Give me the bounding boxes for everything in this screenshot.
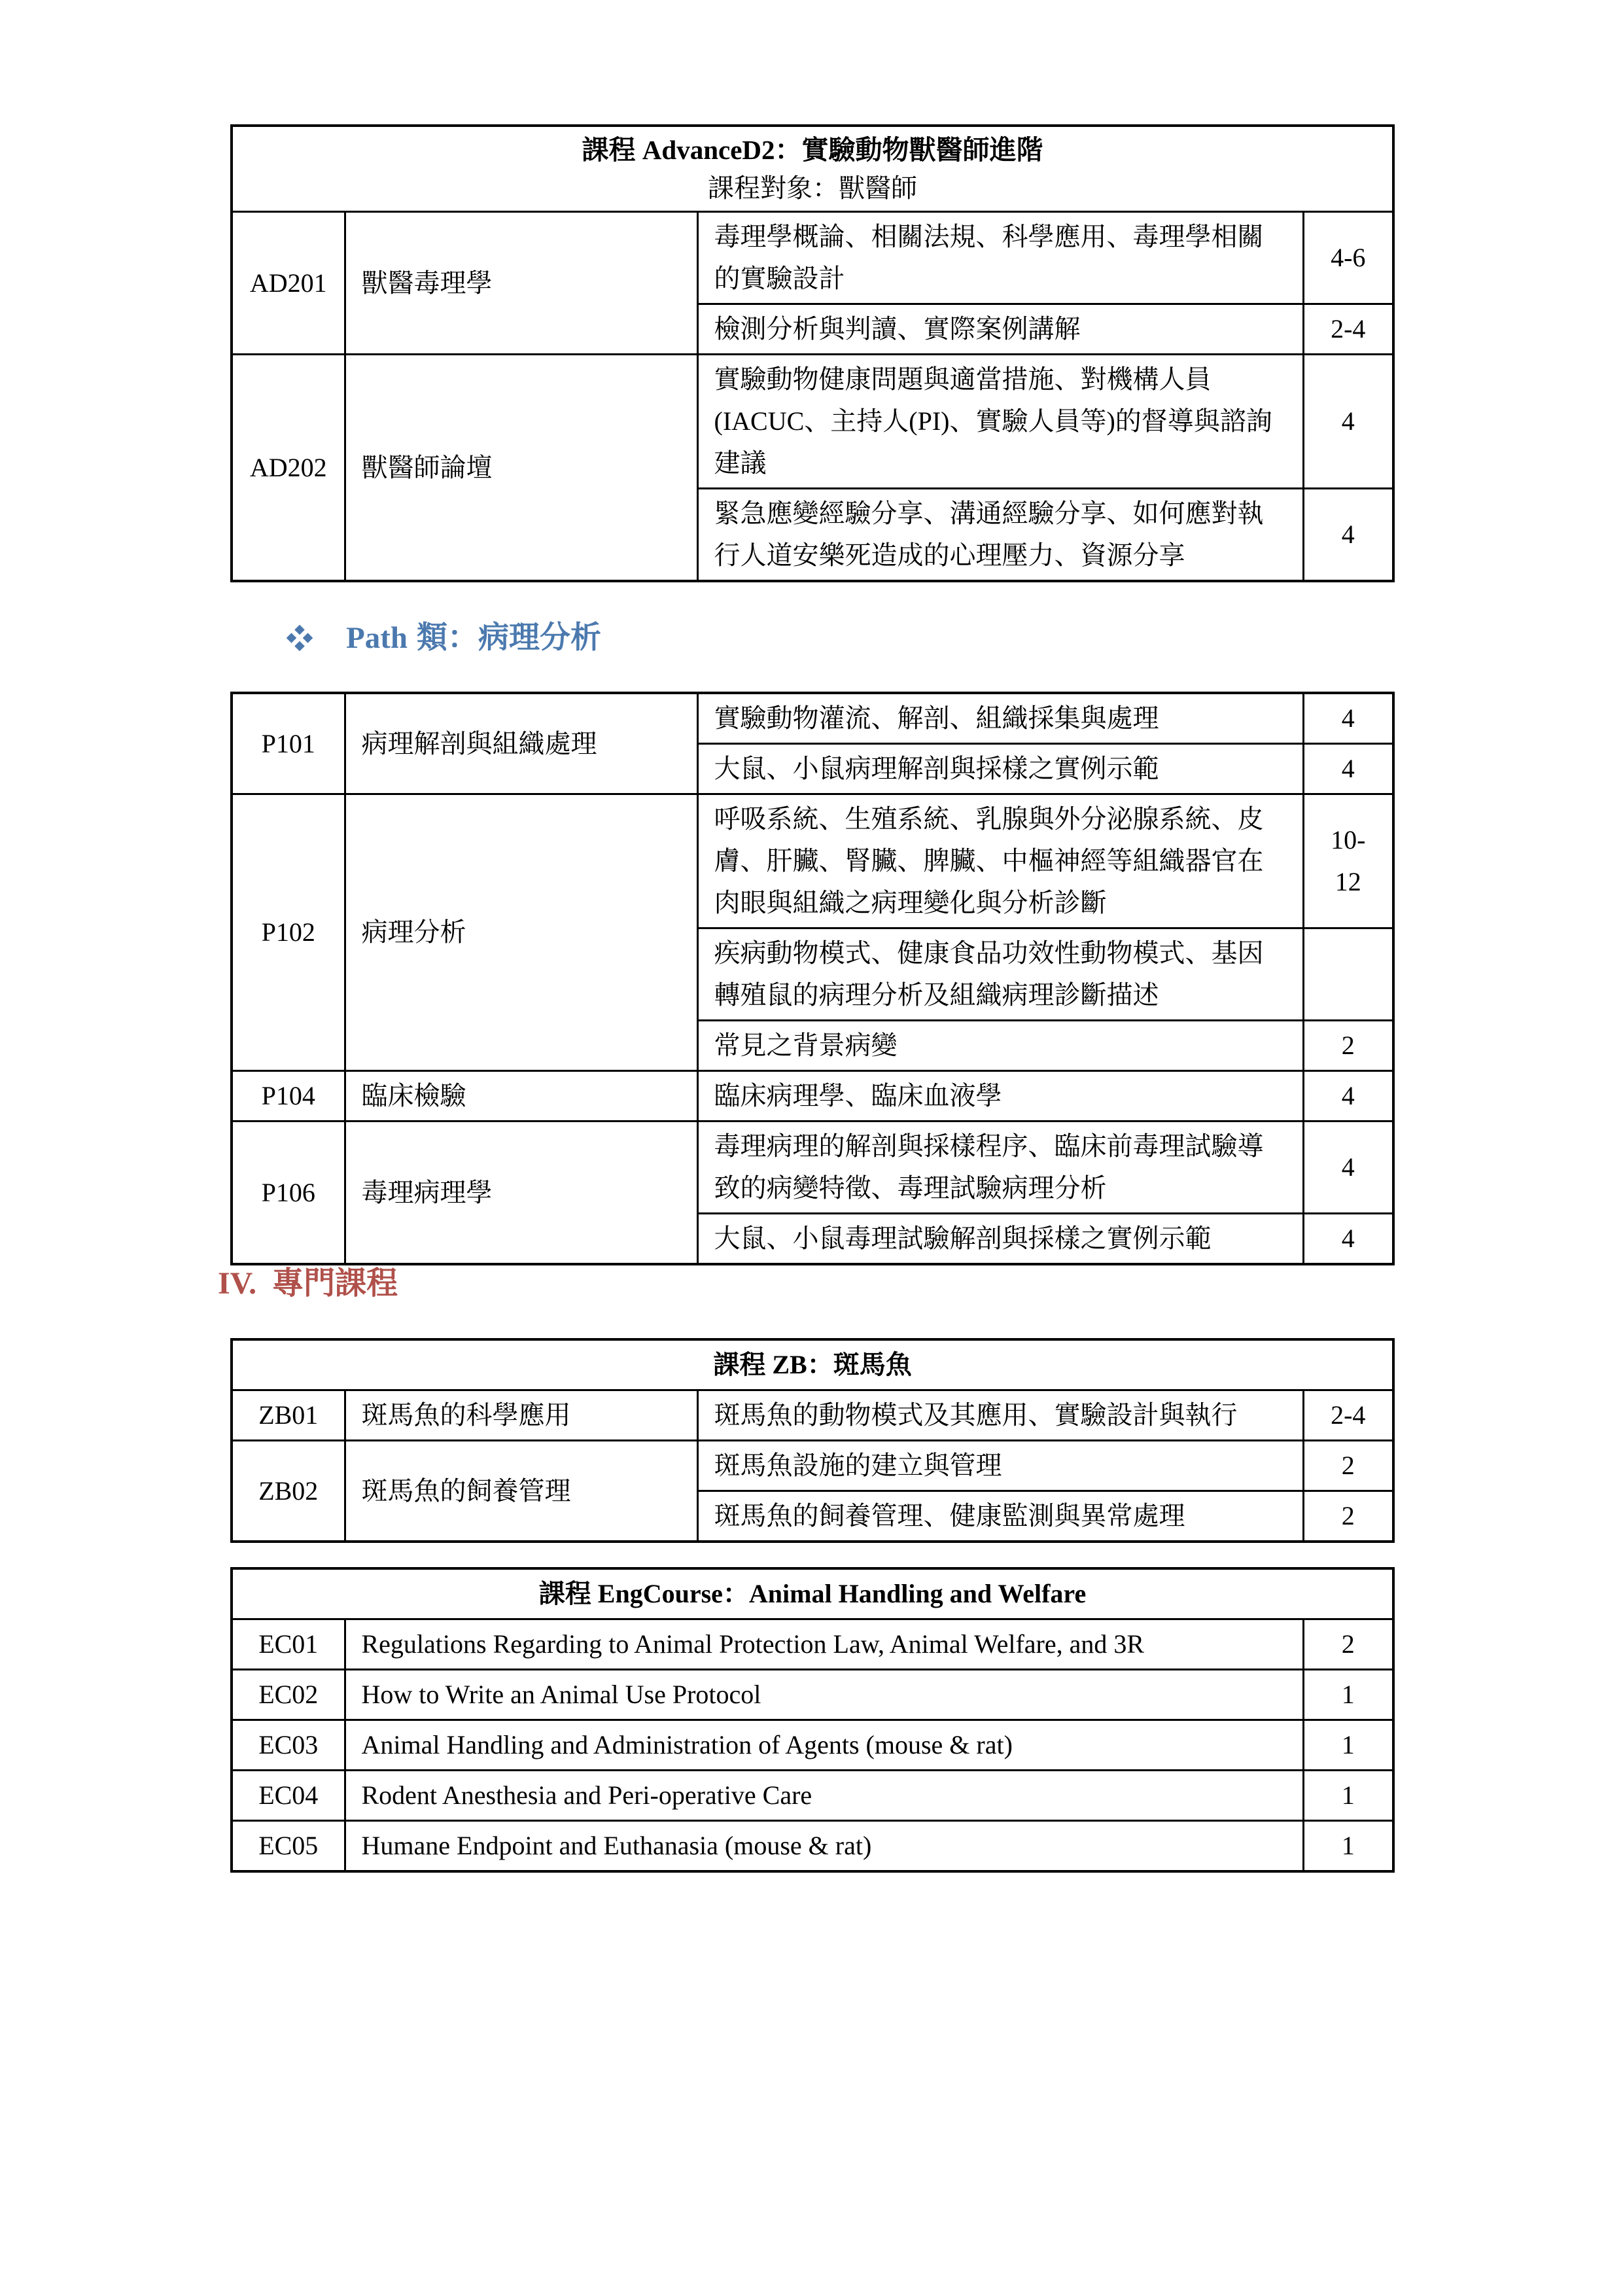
table-row: P104 臨床檢驗 臨床病理學、臨床血液學 4 — [232, 1071, 1393, 1122]
heading-path-zh: 類：病理分析 — [417, 615, 601, 661]
hours-cell: 4 — [1303, 355, 1393, 489]
section-heading-special: IV.專門課程 — [218, 1260, 398, 1307]
heading-special-label: 專門課程 — [272, 1266, 398, 1301]
course-name: 病理分析 — [345, 794, 697, 1071]
table-row: AD201 獸醫毒理學 毒理學概論、相關法規、科學應用、毒理學相關的實驗設計 4… — [232, 212, 1393, 304]
hours-cell: 4 — [1303, 1122, 1393, 1214]
topic-cell: 實驗動物健康問題與適當措施、對機構人員(IACUC、主持人(PI)、實驗人員等)… — [697, 355, 1303, 489]
topic-cell: 毒理學概論、相關法規、科學應用、毒理學相關的實驗設計 — [697, 212, 1303, 304]
course-code: EC04 — [232, 1771, 345, 1821]
hours-cell: 2 — [1303, 1491, 1393, 1542]
hours-cell: 4 — [1303, 1071, 1393, 1122]
table-row: EC03 Animal Handling and Administration … — [232, 1720, 1393, 1771]
hours-cell: 4 — [1303, 693, 1393, 744]
hours-cell: 4 — [1303, 1214, 1393, 1265]
course-name: 斑馬魚的飼養管理 — [345, 1441, 697, 1542]
course-code: ZB02 — [232, 1441, 345, 1542]
topic-cell: 緊急應變經驗分享、溝通經驗分享、如何應對執行人道安樂死造成的心理壓力、資源分享 — [697, 489, 1303, 582]
topic-cell: 斑馬魚的飼養管理、健康監測與異常處理 — [697, 1491, 1303, 1542]
course-name: 毒理病理學 — [345, 1122, 697, 1265]
topic-cell: 斑馬魚的動物模式及其應用、實驗設計與執行 — [697, 1390, 1303, 1441]
course-code: EC02 — [232, 1670, 345, 1720]
table-row: P102 病理分析 呼吸系統、生殖系統、乳腺與外分泌腺系統、皮膚、肝臟、腎臟、脾… — [232, 794, 1393, 928]
course-title-cell: How to Write an Animal Use Protocol — [345, 1670, 1303, 1720]
hours-cell: 2 — [1303, 1441, 1393, 1491]
table-subtitle: 課程對象：獸醫師 — [249, 169, 1376, 207]
course-name: 病理解剖與組織處理 — [345, 693, 697, 794]
topic-cell: 疾病動物模式、健康食品功效性動物模式、基因轉殖鼠的病理分析及組織病理診斷描述 — [697, 928, 1303, 1021]
table-row: ZB02 斑馬魚的飼養管理 斑馬魚設施的建立與管理 2 — [232, 1441, 1393, 1491]
heading-path-en: Path — [346, 615, 408, 661]
table-row: P101 病理解剖與組織處理 實驗動物灌流、解剖、組織採集與處理 4 — [232, 693, 1393, 744]
hours-cell: 10-12 — [1303, 794, 1393, 928]
table-row: EC04 Rodent Anesthesia and Peri-operativ… — [232, 1771, 1393, 1821]
hours-cell: 2-4 — [1303, 304, 1393, 355]
topic-cell: 常見之背景病變 — [697, 1021, 1303, 1071]
course-name: 斑馬魚的科學應用 — [345, 1390, 697, 1441]
course-code: P101 — [232, 693, 345, 794]
course-code: AD201 — [232, 212, 345, 355]
topic-cell: 呼吸系統、生殖系統、乳腺與外分泌腺系統、皮膚、肝臟、腎臟、脾臟、中樞神經等組織器… — [697, 794, 1303, 928]
topic-cell: 檢測分析與判讀、實際案例講解 — [697, 304, 1303, 355]
hours-cell: 4 — [1303, 744, 1393, 794]
hours-cell: 4 — [1303, 489, 1393, 582]
topic-cell: 大鼠、小鼠毒理試驗解剖與採樣之實例示範 — [697, 1214, 1303, 1265]
table-row: 課程 ZB：斑馬魚 — [232, 1339, 1393, 1390]
course-title-cell: Rodent Anesthesia and Peri-operative Car… — [345, 1771, 1303, 1821]
hours-cell: 2-4 — [1303, 1390, 1393, 1441]
hours-cell: 1 — [1303, 1670, 1393, 1720]
course-title-cell: Animal Handling and Administration of Ag… — [345, 1720, 1303, 1771]
table-row: P106 毒理病理學 毒理病理的解剖與採樣程序、臨床前毒理試驗導致的病變特徵、毒… — [232, 1122, 1393, 1214]
heading-special-numeral: IV. — [218, 1266, 256, 1301]
hours-cell — [1303, 928, 1393, 1021]
topic-cell: 斑馬魚設施的建立與管理 — [697, 1441, 1303, 1491]
course-code: AD202 — [232, 355, 345, 582]
topic-cell: 臨床病理學、臨床血液學 — [697, 1071, 1303, 1122]
course-code: EC03 — [232, 1720, 345, 1771]
hours-cell: 2 — [1303, 1619, 1393, 1670]
course-title-cell: Humane Endpoint and Euthanasia (mouse & … — [345, 1821, 1303, 1872]
course-name: 獸醫師論壇 — [345, 355, 697, 582]
hours-cell: 1 — [1303, 1720, 1393, 1771]
table-row: 課程 AdvanceD2：實驗動物獸醫師進階 課程對象：獸醫師 — [232, 126, 1393, 212]
table-advanced2: 課程 AdvanceD2：實驗動物獸醫師進階 課程對象：獸醫師 AD201 獸醫… — [230, 124, 1395, 582]
topic-cell: 毒理病理的解剖與採樣程序、臨床前毒理試驗導致的病變特徵、毒理試驗病理分析 — [697, 1122, 1303, 1214]
table-title: 課程 AdvanceD2：實驗動物獸醫師進階 — [249, 130, 1376, 169]
course-code: ZB01 — [232, 1390, 345, 1441]
table-engcourse: 課程 EngCourse：Animal Handling and Welfare… — [230, 1567, 1395, 1873]
course-code: P102 — [232, 794, 345, 1071]
table-row: EC01 Regulations Regarding to Animal Pro… — [232, 1619, 1393, 1670]
course-code: P106 — [232, 1122, 345, 1265]
table-title: 課程 EngCourse：Animal Handling and Welfare — [232, 1568, 1393, 1619]
course-name: 臨床檢驗 — [345, 1071, 697, 1122]
table-title: 課程 ZB：斑馬魚 — [232, 1339, 1393, 1390]
course-code: EC05 — [232, 1821, 345, 1872]
topic-cell: 實驗動物灌流、解剖、組織採集與處理 — [697, 693, 1303, 744]
table-row: EC02 How to Write an Animal Use Protocol… — [232, 1670, 1393, 1720]
course-title-cell: Regulations Regarding to Animal Protecti… — [345, 1619, 1303, 1670]
table-zb: 課程 ZB：斑馬魚 ZB01 斑馬魚的科學應用 斑馬魚的動物模式及其應用、實驗設… — [230, 1338, 1395, 1543]
diamond-bullet-icon — [286, 624, 313, 652]
course-code: P104 — [232, 1071, 345, 1122]
hours-cell: 2 — [1303, 1021, 1393, 1071]
hours-cell: 4-6 — [1303, 212, 1393, 304]
hours-cell: 1 — [1303, 1821, 1393, 1872]
topic-cell: 大鼠、小鼠病理解剖與採樣之實例示範 — [697, 744, 1303, 794]
course-code: EC01 — [232, 1619, 345, 1670]
table-path: P101 病理解剖與組織處理 實驗動物灌流、解剖、組織採集與處理 4 大鼠、小鼠… — [230, 692, 1395, 1265]
table-row: EC05 Humane Endpoint and Euthanasia (mou… — [232, 1821, 1393, 1872]
table-row: 課程 EngCourse：Animal Handling and Welfare — [232, 1568, 1393, 1619]
hours-cell: 1 — [1303, 1771, 1393, 1821]
table-row: AD202 獸醫師論壇 實驗動物健康問題與適當措施、對機構人員(IACUC、主持… — [232, 355, 1393, 489]
table-header-cell: 課程 AdvanceD2：實驗動物獸醫師進階 課程對象：獸醫師 — [232, 126, 1393, 212]
course-name: 獸醫毒理學 — [345, 212, 697, 355]
table-row: ZB01 斑馬魚的科學應用 斑馬魚的動物模式及其應用、實驗設計與執行 2-4 — [232, 1390, 1393, 1441]
section-heading-path: Path 類：病理分析 — [286, 615, 601, 661]
document-page: 課程 AdvanceD2：實驗動物獸醫師進階 課程對象：獸醫師 AD201 獸醫… — [0, 0, 1623, 2296]
